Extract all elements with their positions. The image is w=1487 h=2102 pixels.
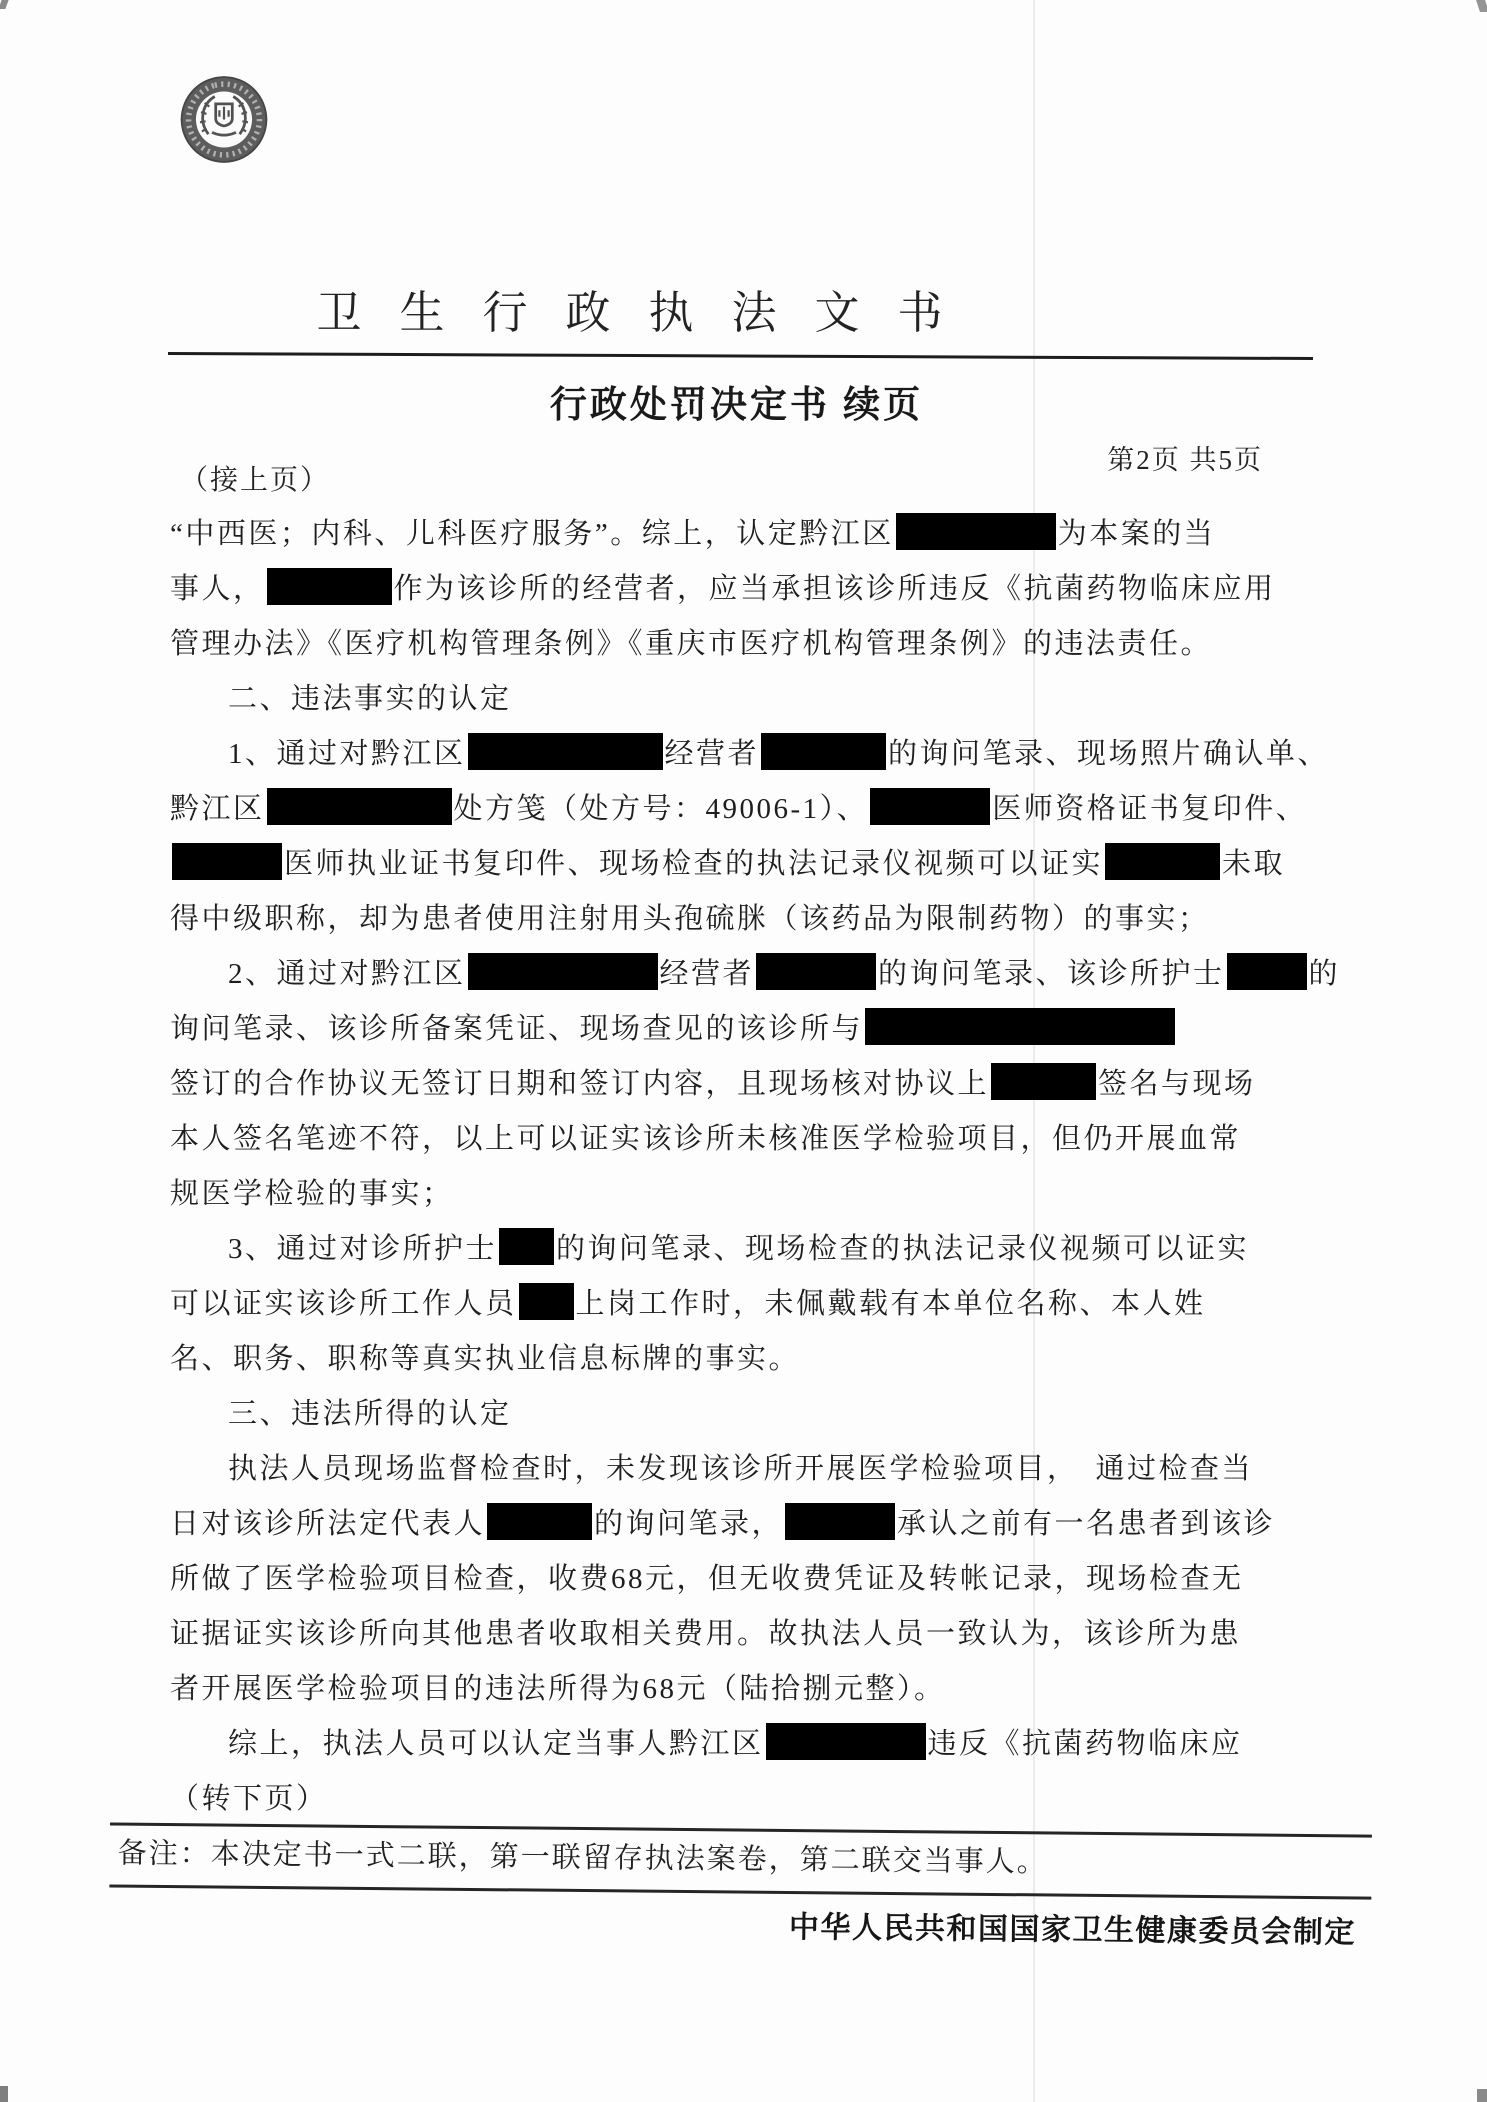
- body-text: 执法人员现场监督检查时，未发现该诊所开展医学检验项目， 通过检查当: [228, 1453, 1253, 1485]
- body-text: （转下页）: [170, 1783, 328, 1815]
- footer-issuer: 中华人民共和国国家卫生健康委员会制定: [0, 1894, 1356, 1951]
- body-line: 证据证实该诊所向其他患者收取相关费用。故执法人员一致认为，该诊所为患: [170, 1607, 1325, 1662]
- body-line: 三、违法所得的认定: [170, 1387, 1325, 1442]
- redaction-bar: [172, 843, 282, 880]
- body-line: 本人签名笔迹不符，以上可以证实该诊所未核准医学检验项目，但仍开展血常: [170, 1112, 1325, 1167]
- redaction-bar: [487, 1503, 592, 1540]
- body-line: 执法人员现场监督检查时，未发现该诊所开展医学检验项目， 通过检查当: [170, 1442, 1325, 1497]
- redaction-bar: [865, 1008, 1175, 1045]
- body-text: 上岗工作时，未佩戴载有本单位名称、本人姓: [576, 1288, 1206, 1320]
- scan-artifact-corner: [1476, 0, 1487, 12]
- body-line: 规医学检验的事实；: [170, 1167, 1325, 1222]
- body-line: 事人，作为该诊所的经营者，应当承担该诊所违反《抗菌药物临床应用: [170, 562, 1325, 617]
- redaction-bar: [785, 1503, 895, 1540]
- national-health-commission-seal-icon: [178, 72, 270, 167]
- body-text: 日对该诊所法定代表人: [170, 1508, 485, 1540]
- body-text: 的询问笔录、现场照片确认单、: [888, 738, 1329, 770]
- body-line: （转下页）: [170, 1772, 1325, 1827]
- scan-artifact-corner: [0, 0, 9, 9]
- body-line: 二、违法事实的认定: [170, 672, 1325, 727]
- body-line: 1、通过对黔江区经营者的询问笔录、现场照片确认单、: [170, 727, 1325, 782]
- body-text: 的询问笔录、现场检查的执法记录仪视频可以证实: [556, 1233, 1249, 1265]
- body-line: 得中级职称，却为患者使用注射用头孢硫脒（该药品为限制药物）的事实；: [170, 892, 1325, 947]
- body-line: 可以证实该诊所工作人员上岗工作时，未佩戴载有本单位名称、本人姓: [170, 1277, 1325, 1332]
- body-text: 处方笺（处方号：49006-1）、: [454, 793, 869, 825]
- body-line: 名、职务、职称等真实执业信息标牌的事实。: [170, 1332, 1325, 1387]
- body-text: “中西医；内科、儿科医疗服务”。综上，认定黔江区: [170, 518, 894, 550]
- body-text: 综上，执法人员可以认定当事人黔江区: [228, 1728, 764, 1760]
- redaction-bar: [468, 953, 658, 990]
- document-body: “中西医；内科、儿科医疗服务”。综上，认定黔江区为本案的当事人，作为该诊所的经营…: [170, 507, 1325, 1827]
- body-text: 签订的合作协议无签订日期和签订内容，且现场核对协议上: [170, 1068, 989, 1100]
- page-indicator: 第2页 共5页: [1107, 438, 1263, 477]
- body-text: 的询问笔录、该诊所护士: [878, 958, 1225, 990]
- body-text: 得中级职称，却为患者使用注射用头孢硫脒（该药品为限制药物）的事实；: [170, 903, 1210, 935]
- body-text: 所做了医学检验项目检查，收费68元，但无收费凭证及转帐记录，现场检查无: [170, 1563, 1244, 1595]
- body-text: 三、违法所得的认定: [228, 1398, 512, 1430]
- body-text: 经营者: [665, 738, 760, 770]
- document-title: 行政处罚决定书 续页: [0, 374, 1487, 428]
- body-text: 黔江区: [170, 793, 265, 825]
- body-text: 医师执业证书复印件、现场检查的执法记录仪视频可以证实: [284, 848, 1103, 880]
- body-line: 所做了医学检验项目检查，收费68元，但无收费凭证及转帐记录，现场检查无: [170, 1552, 1325, 1607]
- scanned-document-page: 卫生行政执法文书 行政处罚决定书 续页 第2页 共5页 （接上页） “中西医；内…: [0, 0, 1487, 2102]
- redaction-bar: [766, 1723, 926, 1760]
- redaction-bar: [267, 788, 452, 825]
- body-text: 的: [1309, 958, 1341, 990]
- body-text: 的询问笔录，: [594, 1508, 783, 1540]
- redaction-bar: [267, 568, 392, 605]
- body-line: 询问笔录、该诊所备案凭证、现场查见的该诊所与: [170, 1002, 1325, 1057]
- body-line: 3、通过对诊所护士的询问笔录、现场检查的执法记录仪视频可以证实: [170, 1222, 1325, 1277]
- redaction-bar: [1227, 953, 1307, 990]
- header-divider: [168, 352, 1313, 360]
- document-category-title: 卫生行政执法文书: [0, 276, 1487, 341]
- redaction-bar: [468, 733, 663, 770]
- body-text: 二、违法事实的认定: [228, 683, 512, 715]
- body-text: 违反《抗菌药物临床应: [928, 1728, 1243, 1760]
- body-text: 规医学检验的事实；: [170, 1178, 454, 1210]
- body-line: 黔江区处方笺（处方号：49006-1）、医师资格证书复印件、: [170, 782, 1325, 837]
- body-text: 名、职务、职称等真实执业信息标牌的事实。: [170, 1343, 800, 1375]
- redaction-bar: [1105, 843, 1220, 880]
- body-text: 2、通过对黔江区: [228, 958, 466, 990]
- redaction-bar: [761, 733, 886, 770]
- body-text: 1、通过对黔江区: [228, 738, 466, 770]
- body-line: 日对该诊所法定代表人的询问笔录，承认之前有一名患者到该诊: [170, 1497, 1325, 1552]
- body-text: 未取: [1222, 848, 1285, 880]
- body-line: “中西医；内科、儿科医疗服务”。综上，认定黔江区为本案的当: [170, 507, 1325, 562]
- redaction-bar: [499, 1228, 554, 1265]
- body-text: 作为该诊所的经营者，应当承担该诊所违反《抗菌药物临床应用: [394, 573, 1276, 605]
- redaction-bar: [870, 788, 990, 825]
- body-line: 医师执业证书复印件、现场检查的执法记录仪视频可以证实未取: [170, 837, 1325, 892]
- body-text: 事人，: [170, 573, 265, 605]
- body-text: 3、通过对诊所护士: [228, 1233, 497, 1265]
- body-text: 签名与现场: [1098, 1068, 1256, 1100]
- body-line: 签订的合作协议无签订日期和签订内容，且现场核对协议上签名与现场: [170, 1057, 1325, 1112]
- body-line: 2、通过对黔江区经营者的询问笔录、该诊所护士的: [170, 947, 1325, 1002]
- body-text: 为本案的当: [1058, 518, 1216, 550]
- body-text: 承认之前有一名患者到该诊: [897, 1508, 1275, 1540]
- redaction-bar: [896, 513, 1056, 550]
- body-text: 管理办法》《医疗机构管理条例》《重庆市医疗机构管理条例》的违法责任。: [170, 628, 1212, 660]
- document-footer: 备注：本决定书一式二联，第一联留存执法案卷，第二联交当事人。 中华人民共和国国家…: [0, 1821, 1487, 1952]
- redaction-bar: [756, 953, 876, 990]
- body-line: 综上，执法人员可以认定当事人黔江区违反《抗菌药物临床应: [170, 1717, 1325, 1772]
- body-text: 者开展医学检验项目的违法所得为68元（陆拾捌元整）。: [170, 1673, 946, 1705]
- body-line: 者开展医学检验项目的违法所得为68元（陆拾捌元整）。: [170, 1662, 1325, 1717]
- body-text: 可以证实该诊所工作人员: [170, 1288, 517, 1320]
- body-text: 证据证实该诊所向其他患者收取相关费用。故执法人员一致认为，该诊所为患: [170, 1618, 1241, 1650]
- scan-artifact-corner: [0, 2086, 8, 2102]
- footer-remark: 备注：本决定书一式二联，第一联留存执法案卷，第二联交当事人。: [117, 1832, 1486, 1889]
- continued-from-note: （接上页）: [180, 458, 330, 498]
- body-text: 医师资格证书复印件、: [992, 793, 1307, 825]
- body-text: 本人签名笔迹不符，以上可以证实该诊所未核准医学检验项目，但仍开展血常: [170, 1123, 1241, 1155]
- body-line: 管理办法》《医疗机构管理条例》《重庆市医疗机构管理条例》的违法责任。: [170, 617, 1325, 672]
- redaction-bar: [991, 1063, 1096, 1100]
- body-text: 经营者: [660, 958, 755, 990]
- scan-artifact-corner: [1477, 2089, 1487, 2102]
- body-text: 询问笔录、该诊所备案凭证、现场查见的该诊所与: [170, 1013, 863, 1045]
- redaction-bar: [519, 1283, 574, 1320]
